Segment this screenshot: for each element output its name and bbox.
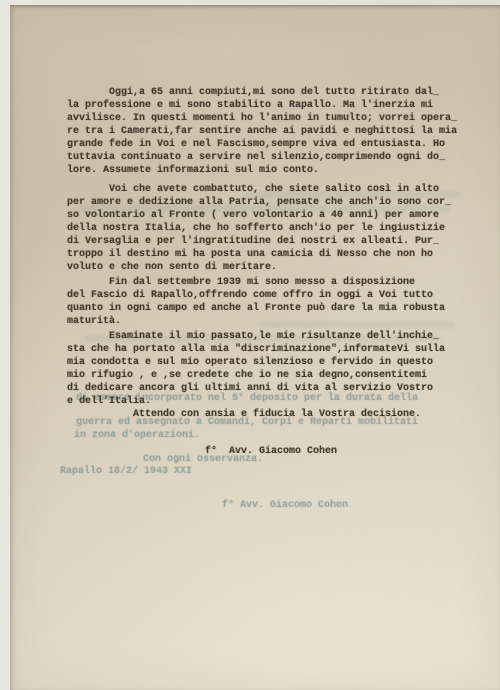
- letter-line: Esaminate il mio passato,le mie risultan…: [67, 330, 475, 343]
- letter-line: di dedicare ancora gli ultimi anni di vi…: [67, 382, 475, 395]
- paragraph-4: Esaminate il mio passato,le mie risultan…: [67, 330, 475, 408]
- letter-line: e dell'Italia.: [67, 395, 475, 408]
- paragraph-2: Voi che avete combattuto, che siete sali…: [67, 183, 475, 274]
- letter-line: sta che ha portato alla mia "discriminaz…: [67, 343, 475, 356]
- letter-line: della nostra Italia, che ho sofferto anc…: [67, 222, 475, 235]
- letter-line: del Fascio di Rapallo,offrendo come offr…: [67, 289, 475, 302]
- paragraph-3: Fin dal settembre 1939 mi sono messo a d…: [67, 276, 475, 328]
- letter-line: la professione e mi sono stabilito a Rap…: [67, 99, 475, 112]
- letter-line: quanto in ogni campo ed anche al Fronte …: [67, 302, 475, 315]
- letter-line: troppo il destino mi ha posta una camici…: [67, 248, 475, 261]
- letter-line: mio rifugio , e ,se credete che io ne si…: [67, 369, 475, 382]
- letter-body: Oggi,a 65 anni compiuti,mi sono del tutt…: [67, 86, 475, 458]
- ghost-line: Rapallo 18/2/ 1943 XXI: [60, 465, 192, 478]
- letter-line: voluto e che non sento di meritare.: [67, 261, 475, 274]
- signature: f° Avv. Giacomo Cohen: [205, 445, 475, 458]
- letter-photo: di essere incorporato nel 5° deposito pe…: [0, 0, 500, 690]
- letter-line: di Versaglia e per l'ingratitudine dei n…: [67, 235, 475, 248]
- letter-line: mia condotta e sul mio operato silenzios…: [67, 356, 475, 369]
- letter-line: re tra i Camerati,far sentire anche ai p…: [67, 125, 475, 138]
- letter-line: tuttavia continuato a servire nel silenz…: [67, 151, 475, 164]
- letter-line: lore. Assumete informazioni sul mio cont…: [67, 164, 475, 177]
- letter-line: maturità.: [67, 315, 475, 328]
- letter-line: avvilisce. In questi momenti ho l'animo …: [67, 112, 475, 125]
- letter-line: so volontario al Fronte ( vero volontari…: [67, 209, 475, 222]
- ghost-signature: f° Avv. Giacomo Cohen: [222, 499, 348, 512]
- letter-line: Oggi,a 65 anni compiuti,mi sono del tutt…: [67, 86, 475, 99]
- letter-line: Voi che avete combattuto, che siete sali…: [67, 183, 475, 196]
- letter-line: grande fede in Voi e nel Fascismo,sempre…: [67, 138, 475, 151]
- closing-line: Attendo con ansia e fiducia la Vostra de…: [67, 408, 475, 421]
- paragraph-1: Oggi,a 65 anni compiuti,mi sono del tutt…: [67, 86, 475, 177]
- letter-line: per amore e dedizione alla Patria, pensa…: [67, 196, 475, 209]
- letter-line: Fin dal settembre 1939 mi sono messo a d…: [67, 276, 475, 289]
